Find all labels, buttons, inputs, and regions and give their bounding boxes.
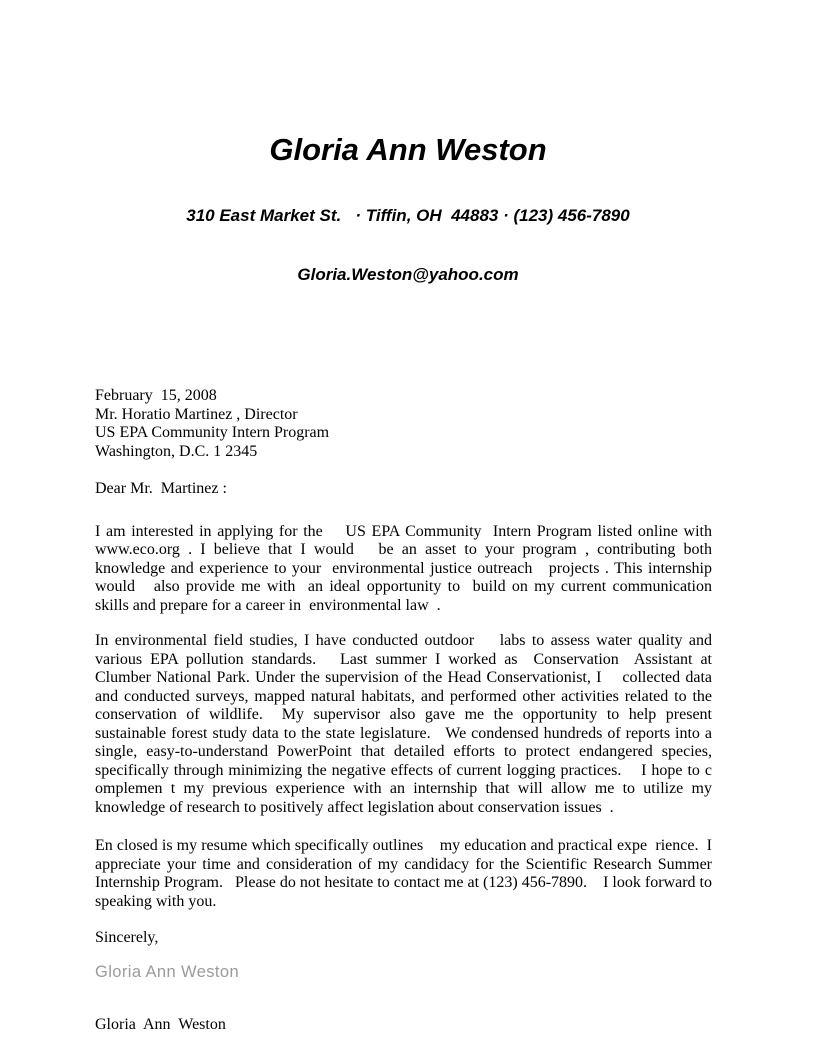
- date-line: February 15, 2008: [95, 387, 712, 406]
- body-paragraph-experience: In environmental field studies, I have c…: [95, 632, 712, 817]
- recipient-city-zip: Washington, D.C. 1 2345: [95, 443, 712, 462]
- body-paragraph-intro: I am interested in applying for the US E…: [95, 523, 712, 616]
- typed-name: Gloria Ann Weston: [95, 1016, 712, 1035]
- letterhead-email: Gloria.Weston@yahoo.com: [0, 264, 816, 286]
- date-recipient-block: February 15, 2008 Mr. Horatio Martinez ,…: [95, 387, 712, 461]
- recipient-organization: US EPA Community Intern Program: [95, 424, 712, 443]
- letterhead-address: 310 East Market St. · Tiffin, OH 44883 ·…: [0, 205, 816, 227]
- signature-script: Gloria Ann Weston: [95, 962, 712, 982]
- letter-body: February 15, 2008 Mr. Horatio Martinez ,…: [95, 387, 712, 1034]
- letter-page: Gloria Ann Weston 310 East Market St. · …: [0, 0, 816, 1056]
- letterhead-name: Gloria Ann Weston: [0, 132, 816, 168]
- closing-sincerely: Sincerely,: [95, 929, 712, 948]
- salutation: Dear Mr. Martinez :: [95, 480, 712, 499]
- recipient-name-title: Mr. Horatio Martinez , Director: [95, 406, 712, 425]
- body-paragraph-enclosure: En closed is my resume which specificall…: [95, 837, 712, 911]
- letterhead: Gloria Ann Weston 310 East Market St. · …: [0, 0, 816, 323]
